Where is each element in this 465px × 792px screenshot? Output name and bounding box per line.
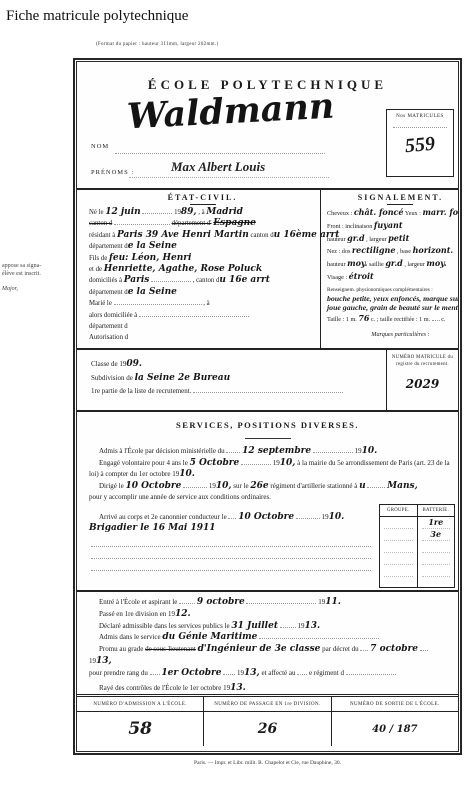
bottom-numbers-section: NUMÉRO D'ADMISSION A L'ÉCOLE. 58 NUMÉRO … — [77, 694, 458, 746]
dirige-au-value: u — [359, 481, 366, 491]
year-prefix: 19 — [174, 209, 181, 216]
dotted-leader — [142, 208, 172, 214]
dirige-rest-label: pour y accomplir une année de service au… — [89, 493, 271, 501]
domicile-line: domiciliés à Paris , canton du 16e arrt — [89, 275, 316, 286]
departement-label: département d — [89, 289, 128, 296]
departement-label: département d — [89, 323, 128, 330]
dotted-leader — [346, 669, 396, 675]
classe-section: Classe de 1909. Subdivision de la Seine … — [77, 348, 458, 410]
nez-dimensions-line: hauteur moy. saillie gr.d , largeur moy. — [327, 258, 459, 271]
table-cell — [384, 553, 413, 565]
engage-year-value: 10, — [280, 458, 296, 468]
taille-unit-label: c. — [441, 316, 445, 323]
autorisation-label: Autorisation d — [89, 334, 128, 341]
remarks-handwritten-value: bouche petite, yeux enfoncés, marque sur… — [327, 294, 459, 313]
margin-note: appose sa signa- élève est inscrit. Majo… — [2, 262, 68, 293]
alors-domiciliee-label: alors domiciliée à — [89, 312, 137, 319]
liste-recrutement-line: 1re partie de la liste de recrutement. — [91, 385, 386, 399]
etat-civil-heading: ÉTAT-CIVIL. — [89, 193, 316, 202]
entre-year-value: 11. — [325, 597, 341, 607]
marie-label: Marié le — [89, 300, 112, 307]
entre-label: Entré à l'École et aspirant le — [99, 598, 177, 606]
domicilies-label: domiciliés à — [89, 277, 122, 284]
birth-place-value: Madrid — [206, 207, 243, 217]
autorisation-line: Autorisation d — [89, 332, 316, 343]
front-dimensions-line: hauteur gr.d , largeur petit — [327, 233, 459, 246]
arrive-year-value: 10. — [329, 512, 345, 522]
dotted-leader — [151, 276, 191, 282]
groupe-batterie-table: GROUPE. BATTERIE. 1re 3e — [379, 504, 455, 588]
dotted-leader — [228, 513, 236, 519]
et-de-label: et de — [89, 266, 102, 273]
rang-line: pour prendre rang du 1er Octobre 1913, e… — [77, 668, 458, 680]
engage-date-value: 5 Octobre — [190, 458, 240, 468]
admis-service-value: du Génie Maritime — [162, 632, 257, 642]
dotted-leader — [114, 299, 202, 305]
batterie-column: 1re 3e — [418, 517, 455, 587]
table-cell — [422, 553, 451, 565]
raye-label: Rayé des contrôles de l'École le 1er oct… — [99, 684, 230, 692]
dirige-year-value: 10, — [216, 481, 232, 491]
year-prefix: 19 — [209, 482, 216, 490]
matricule-form: ÉCOLE POLYTECHNIQUE NOM Waldmann PRÉNOMS… — [73, 58, 462, 755]
etat-civil-section: ÉTAT-CIVIL. Né le 12 juin 1989, , à Madr… — [77, 190, 321, 348]
marques-particulieres-label: Marques particulières : — [327, 331, 459, 338]
canton-departement-line: canton d département d' Espagne — [89, 218, 316, 229]
batterie-value: 1re — [422, 517, 451, 529]
table-cell — [384, 517, 413, 529]
promu-label: Promu au grade — [99, 645, 143, 653]
departement-line: département de la Seine — [89, 287, 316, 298]
front-largeur-value: petit — [388, 233, 409, 243]
sortie-number-cell: NUMÉRO DE SORTIE DE L'ÉCOLE. 40 / 187 — [331, 697, 458, 746]
dotted-leader — [420, 645, 428, 651]
dotted-leader — [226, 447, 240, 453]
taille-value: 76 — [358, 313, 369, 323]
groupe-batterie-header: GROUPE. BATTERIE. — [380, 505, 454, 517]
dotted-leader — [91, 540, 371, 547]
subdivision-label: Subdivision de — [91, 374, 133, 382]
saillie-label: saillie — [369, 261, 384, 268]
dirige-line: Dirigé le 10 Octobre 1910, sur le 26e ré… — [77, 481, 458, 493]
taille-rectifiee-label: c. ; taille rectifiée : 1 m. — [371, 316, 430, 323]
engage-line: Engagé volontaire pour 4 ans le 5 Octobr… — [77, 458, 458, 481]
promu-date-value: 7 octobre — [370, 644, 418, 654]
declare-line: Déclaré admissible dans les services pub… — [77, 621, 458, 633]
cheveux-yeux-line: Cheveux : chât. foncé Yeux : marr. foncé — [327, 207, 459, 220]
recrutement-number-box: NUMÉRO MATRICULE du registre du recrutem… — [386, 350, 458, 410]
residence-line: résidant à Paris 39 Ave Henri Martin can… — [89, 230, 316, 241]
cheveux-label: Cheveux : — [327, 210, 352, 217]
admis-year-value: 10. — [362, 446, 378, 456]
prenoms-label: PRÉNOMS : — [91, 169, 134, 176]
marie-line: Marié le , à — [89, 298, 316, 309]
margin-note-line: appose sa signa- — [2, 262, 68, 270]
engage-label: Engagé volontaire pour 4 ans le — [99, 459, 188, 467]
raye-year-value: 13. — [230, 683, 246, 693]
departement-line: département d — [89, 321, 316, 332]
father-line: Fils de feu: Léon, Henri — [89, 253, 316, 264]
alors-domiciliee-line: alors domiciliée à — [89, 310, 316, 321]
canton-label-struck: canton d — [89, 220, 112, 227]
matricule-form-inner: ÉCOLE POLYTECHNIQUE NOM Waldmann PRÉNOMS… — [76, 61, 459, 752]
entre-line: Entré à l'École et aspirant le 9 octobre… — [77, 597, 458, 609]
cheveux-value: chât. foncé — [354, 207, 404, 217]
declare-date-value: 31 Juillet — [231, 621, 278, 631]
table-cell — [384, 529, 413, 541]
dotted-leader — [114, 219, 170, 225]
year-prefix: 19 — [89, 657, 96, 665]
visage-value: étroit — [349, 271, 374, 281]
printer-imprint: Paris. — Impr. et Libr. milit. R. Chapel… — [73, 760, 462, 766]
matricule-box-label: Nos MATRICULES — [387, 114, 453, 119]
classe-line: Classe de 1909. — [91, 358, 386, 372]
taille-line: Taille : 1 m. 76 c. ; taille rectifiée :… — [327, 313, 459, 326]
dirige-continuation-line: pour y accomplir une année de service au… — [77, 492, 458, 504]
year-prefix: 19 — [355, 447, 362, 455]
visage-line: Visage : étroit — [327, 271, 459, 284]
table-cell — [422, 565, 451, 577]
dotted-leader — [313, 447, 353, 453]
services-section: SERVICES, POSITIONS DIVERSES. Admis à l'… — [77, 410, 458, 590]
heading-dash — [245, 438, 291, 439]
dirige-date-value: 10 Octobre — [125, 481, 181, 491]
declare-label: Déclaré admissible dans les services pub… — [99, 622, 230, 630]
nez-largeur-value: moy. — [426, 258, 446, 268]
batterie-column-header: BATTERIE. — [418, 505, 455, 516]
passe-line: Passé en 1re division en 1912. — [77, 609, 458, 621]
dotted-leader — [150, 669, 160, 675]
admission-number-cell: NUMÉRO D'ADMISSION A L'ÉCOLE. 58 — [77, 697, 203, 746]
promu-struck-label: de sous-lieutenant — [145, 645, 196, 653]
dirige-label: Dirigé le — [99, 482, 124, 490]
departement-line: département de la Seine — [89, 241, 316, 252]
arrive-date-value: 10 Octobre — [238, 512, 294, 522]
departement-label-struck: département d' — [172, 220, 212, 227]
heading-dash — [190, 204, 216, 205]
regiment-value: 26e — [250, 481, 268, 491]
father-value: feu: Léon, Henri — [109, 253, 191, 263]
visage-label: Visage : — [327, 274, 347, 281]
front-label: Front : inclinaison — [327, 223, 372, 230]
brigadier-line: Brigadier le 16 Mai 1911 — [77, 523, 382, 535]
dotted-leader — [393, 127, 447, 128]
front-hauteur-value: gr.d — [347, 233, 364, 243]
ecole-section: Entré à l'École et aspirant le 9 octobre… — [77, 590, 458, 694]
nez-hauteur-value: moy. — [347, 258, 367, 268]
mother-line: et de Henriette, Agathe, Rose Poluck — [89, 264, 316, 275]
a-label: , à — [203, 300, 209, 307]
raye-line: Rayé des contrôles de l'École le 1er oct… — [77, 683, 458, 695]
birth-year-value: 89, — [181, 207, 197, 217]
matricule-number-value: 559 — [386, 131, 454, 160]
dotted-leader — [280, 622, 296, 628]
nez-saillie-value: gr.d — [385, 258, 402, 268]
passe-label: Passé en 1re division en 19 — [99, 610, 175, 618]
groupe-column-header: GROUPE. — [380, 505, 418, 516]
nez-base-value: horizont. — [413, 245, 454, 255]
canton-value: u 16ème arrt — [274, 230, 340, 240]
dotted-leader — [193, 387, 343, 393]
dotted-leader — [367, 482, 385, 488]
dotted-leader — [91, 552, 371, 559]
ne-le-label: Né le — [89, 209, 104, 216]
admis-date-value: 12 septembre — [242, 446, 311, 456]
classe-year-value: 09. — [126, 359, 142, 369]
groupe-column — [380, 517, 418, 587]
admis-service-line: Admis dans le service du Génie Maritime — [77, 632, 458, 644]
admission-number-value: 58 — [77, 712, 203, 746]
nez-label: Nez : dos — [327, 248, 350, 255]
classe-details: Classe de 1909. Subdivision de la Seine … — [77, 350, 386, 410]
civil-signalement-columns: ÉTAT-CIVIL. Né le 12 juin 1989, , à Madr… — [77, 188, 458, 348]
nez-line: Nez : dos rectiligne , base horizont. — [327, 245, 459, 258]
nez-dos-value: rectiligne — [352, 245, 396, 255]
dirige-mid-label: sur le — [233, 482, 248, 490]
groupe-batterie-body: 1re 3e — [380, 517, 454, 587]
dotted-leader — [115, 153, 325, 154]
promu-grade-value: d'Ingénieur de 3e classe — [198, 644, 321, 654]
signalement-section: SIGNALEMENT. Cheveux : chât. foncé Yeux … — [321, 190, 459, 348]
year-prefix: 19 — [273, 459, 280, 467]
passe-year-value: 12. — [175, 609, 191, 619]
birth-line: Né le 12 juin 1989, , à Madrid — [89, 207, 316, 218]
canton-label: , canton d — [193, 277, 220, 284]
table-cell — [384, 565, 413, 577]
recrutement-box-label: NUMÉRO MATRICULE du registre du recrutem… — [387, 350, 458, 368]
departement-value: e la Seine — [128, 241, 177, 251]
dotted-leader — [432, 315, 440, 321]
identity-section: NOM Waldmann PRÉNOMS : Max Albert Louis … — [77, 93, 458, 188]
margin-note-line: élève est inscrit. — [2, 270, 68, 278]
front-value: fuyant — [374, 220, 403, 230]
batterie-value: 3e — [422, 529, 451, 541]
sortie-number-label: NUMÉRO DE SORTIE DE L'ÉCOLE. — [332, 697, 458, 712]
yeux-value: marr. foncé — [422, 207, 459, 217]
subdivision-value: la Seine 2e Bureau — [135, 373, 231, 383]
partie-liste-label: 1re partie de la liste de recrutement. — [91, 387, 191, 395]
mother-value: Henriette, Agathe, Rose Poluck — [104, 264, 262, 274]
dotted-leader — [259, 633, 379, 639]
birth-day-value: 12 juin — [105, 207, 140, 217]
dirige-place-value: Mans, — [387, 481, 418, 491]
promu-year-value: 13, — [96, 656, 112, 666]
passage-number-cell: NUMÉRO DE PASSAGE EN 1re DIVISION. 26 — [203, 697, 330, 746]
base-label: , base — [397, 248, 411, 255]
page-title: Fiche matricule polytechnique — [6, 8, 188, 25]
margin-note-line: Major, — [2, 285, 68, 293]
dotted-leader — [297, 669, 307, 675]
dotted-leader — [91, 564, 371, 571]
birth-country-value: Espagne — [213, 218, 256, 228]
yeux-label: Yeux : — [405, 210, 421, 217]
fils-de-label: Fils de — [89, 255, 107, 262]
departement-label: département d — [89, 243, 128, 250]
admission-number-label: NUMÉRO D'ADMISSION A L'ÉCOLE. — [77, 697, 203, 712]
dotted-leader — [139, 311, 249, 317]
services-heading: SERVICES, POSITIONS DIVERSES. — [77, 420, 458, 430]
recrutement-number-value: 2029 — [387, 377, 458, 391]
residant-label: résidant à — [89, 232, 115, 239]
sortie-number-value: 40 / 187 — [332, 712, 458, 746]
dotted-leader — [246, 598, 316, 604]
dotted-leader — [296, 513, 320, 519]
nom-label: NOM — [91, 143, 109, 150]
year-prefix: 19 — [237, 669, 244, 677]
paper-format-note: (Format du papier : hauteur 311mm, large… — [96, 42, 218, 47]
entre-date-value: 9 octobre — [197, 597, 245, 607]
brigadier-value: Brigadier le 16 Mai 1911 — [89, 523, 216, 533]
dotted-leader — [360, 645, 368, 651]
passage-number-value: 26 — [204, 712, 330, 746]
taille-label: Taille : 1 m. — [327, 316, 357, 323]
arrive-line: Arrivé au corps et 2e canonnier conducte… — [77, 512, 382, 524]
residence-value: Paris 39 Ave Henri Martin — [117, 230, 249, 240]
dotted-leader — [241, 459, 271, 465]
admis-label: Admis à l'École par décision ministériel… — [99, 447, 225, 455]
dotted-leader — [129, 177, 329, 178]
passage-number-label: NUMÉRO DE PASSAGE EN 1re DIVISION. — [204, 697, 330, 712]
signalement-heading: SIGNALEMENT. — [327, 193, 459, 202]
departement-value: e la Seine — [128, 287, 177, 297]
dotted-leader — [223, 669, 235, 675]
hauteur-label: hauteur — [327, 261, 346, 268]
engage-year2-value: 10. — [179, 469, 195, 479]
canton-value: u 16e arrt — [219, 275, 270, 285]
admis-ecole-line: Admis à l'École par décision ministériel… — [77, 446, 458, 458]
classe-label: Classe de 19 — [91, 360, 126, 368]
arrive-label: Arrivé au corps et 2e canonnier conducte… — [99, 513, 227, 521]
remarks-label: Renseignem. physionomiques complémentair… — [327, 286, 459, 294]
prenoms-handwritten-value: Max Albert Louis — [171, 159, 265, 175]
year-prefix: 19 — [322, 513, 329, 521]
dotted-leader — [183, 482, 207, 488]
subdivision-line: Subdivision de la Seine 2e Bureau — [91, 372, 386, 386]
promu-mid-label: par décret du — [322, 645, 359, 653]
a-label: , à — [198, 209, 204, 216]
largeur-label: , largeur — [404, 261, 425, 268]
largeur-label: , largeur — [366, 236, 387, 243]
domicile-value: Paris — [124, 275, 150, 285]
promu-line: Promu au grade de sous-lieutenant d'Ingé… — [77, 644, 458, 668]
dirige-mid2-label: régiment d'artillerie stationné à — [270, 482, 357, 490]
rang-year-value: 13, — [244, 668, 260, 678]
dotted-leader — [179, 598, 195, 604]
front-line: Front : inclinaison fuyant — [327, 220, 459, 233]
admis-service-label: Admis dans le service — [99, 633, 161, 641]
canton-label: canton d — [250, 232, 273, 239]
rang-label: pour prendre rang du — [89, 669, 148, 677]
rang-date-value: 1er Octobre — [161, 668, 221, 678]
matricule-number-box: Nos MATRICULES 559 — [386, 109, 454, 177]
affecte-label: et affecté au — [261, 669, 295, 677]
regiment-suffix-label: e régiment d — [309, 669, 344, 677]
table-cell — [384, 541, 413, 553]
table-cell — [422, 541, 451, 553]
heading-dash — [387, 204, 413, 205]
declare-year-value: 13. — [304, 621, 320, 631]
nom-handwritten-value: Waldmann — [126, 86, 335, 138]
